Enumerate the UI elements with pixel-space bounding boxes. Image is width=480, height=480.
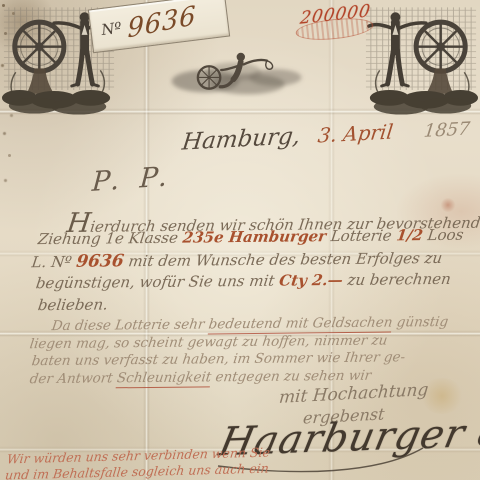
cherub-with-wheel-vignette	[168, 42, 308, 100]
body-line-4-price: Cty 2.—	[278, 271, 344, 290]
dateline-year: 1857	[423, 118, 471, 142]
body-line-9-text: der Antwort	[29, 370, 118, 387]
letter-body: Hierdurch senden wir schön Ihnen zur bev…	[30, 206, 454, 386]
body-line-6-text2: günstig	[391, 314, 449, 331]
body-line-2-text: Ziehung 1e Klasse	[37, 229, 184, 249]
dateline: Hamburg, 3. April 1857	[182, 114, 471, 155]
postscript: Wir würden uns sehr verbinden wenn Sie u…	[4, 444, 271, 480]
body-line-6-text: Da diese Lotterie sehr	[51, 316, 210, 334]
number-prefix: Nº	[100, 19, 122, 39]
body-line-3-ticket-number: 9636	[75, 251, 125, 271]
body-line-2-lottery-class: 235e Hamburger	[182, 227, 328, 246]
salutation: P. P.	[91, 161, 174, 198]
letter-document: Nº 9636 200000 Hamburg, 3. April 1857 P.…	[0, 0, 480, 480]
number-value: 9636	[128, 1, 197, 45]
dateline-city: Hamburg,	[181, 123, 302, 155]
body-line-2-ticket-fraction: 1/2	[395, 226, 424, 244]
body-line-6-underlined: bedeutend mit Geldsachen	[207, 315, 393, 335]
body-line-3-text: L. Nº	[31, 253, 78, 271]
body-line-9-text2: entgegen zu sehen wir	[210, 367, 372, 385]
body-line-4-text: begünstigen, wofür Sie uns mit	[35, 272, 281, 293]
body-line-2-text3: Loos	[422, 226, 465, 244]
man-with-wheel-engraving-right	[362, 0, 480, 116]
body-line-2-text2: Lotterie	[325, 226, 398, 245]
body-line-9-underlined: Schleunigkeit	[116, 369, 213, 388]
body-line-3-text2: mit dem Wunsche des besten Erfolges zu	[123, 249, 444, 270]
dateline-date: 3. April	[317, 119, 395, 147]
body-line-4-text2: zu berechnen	[342, 270, 452, 289]
